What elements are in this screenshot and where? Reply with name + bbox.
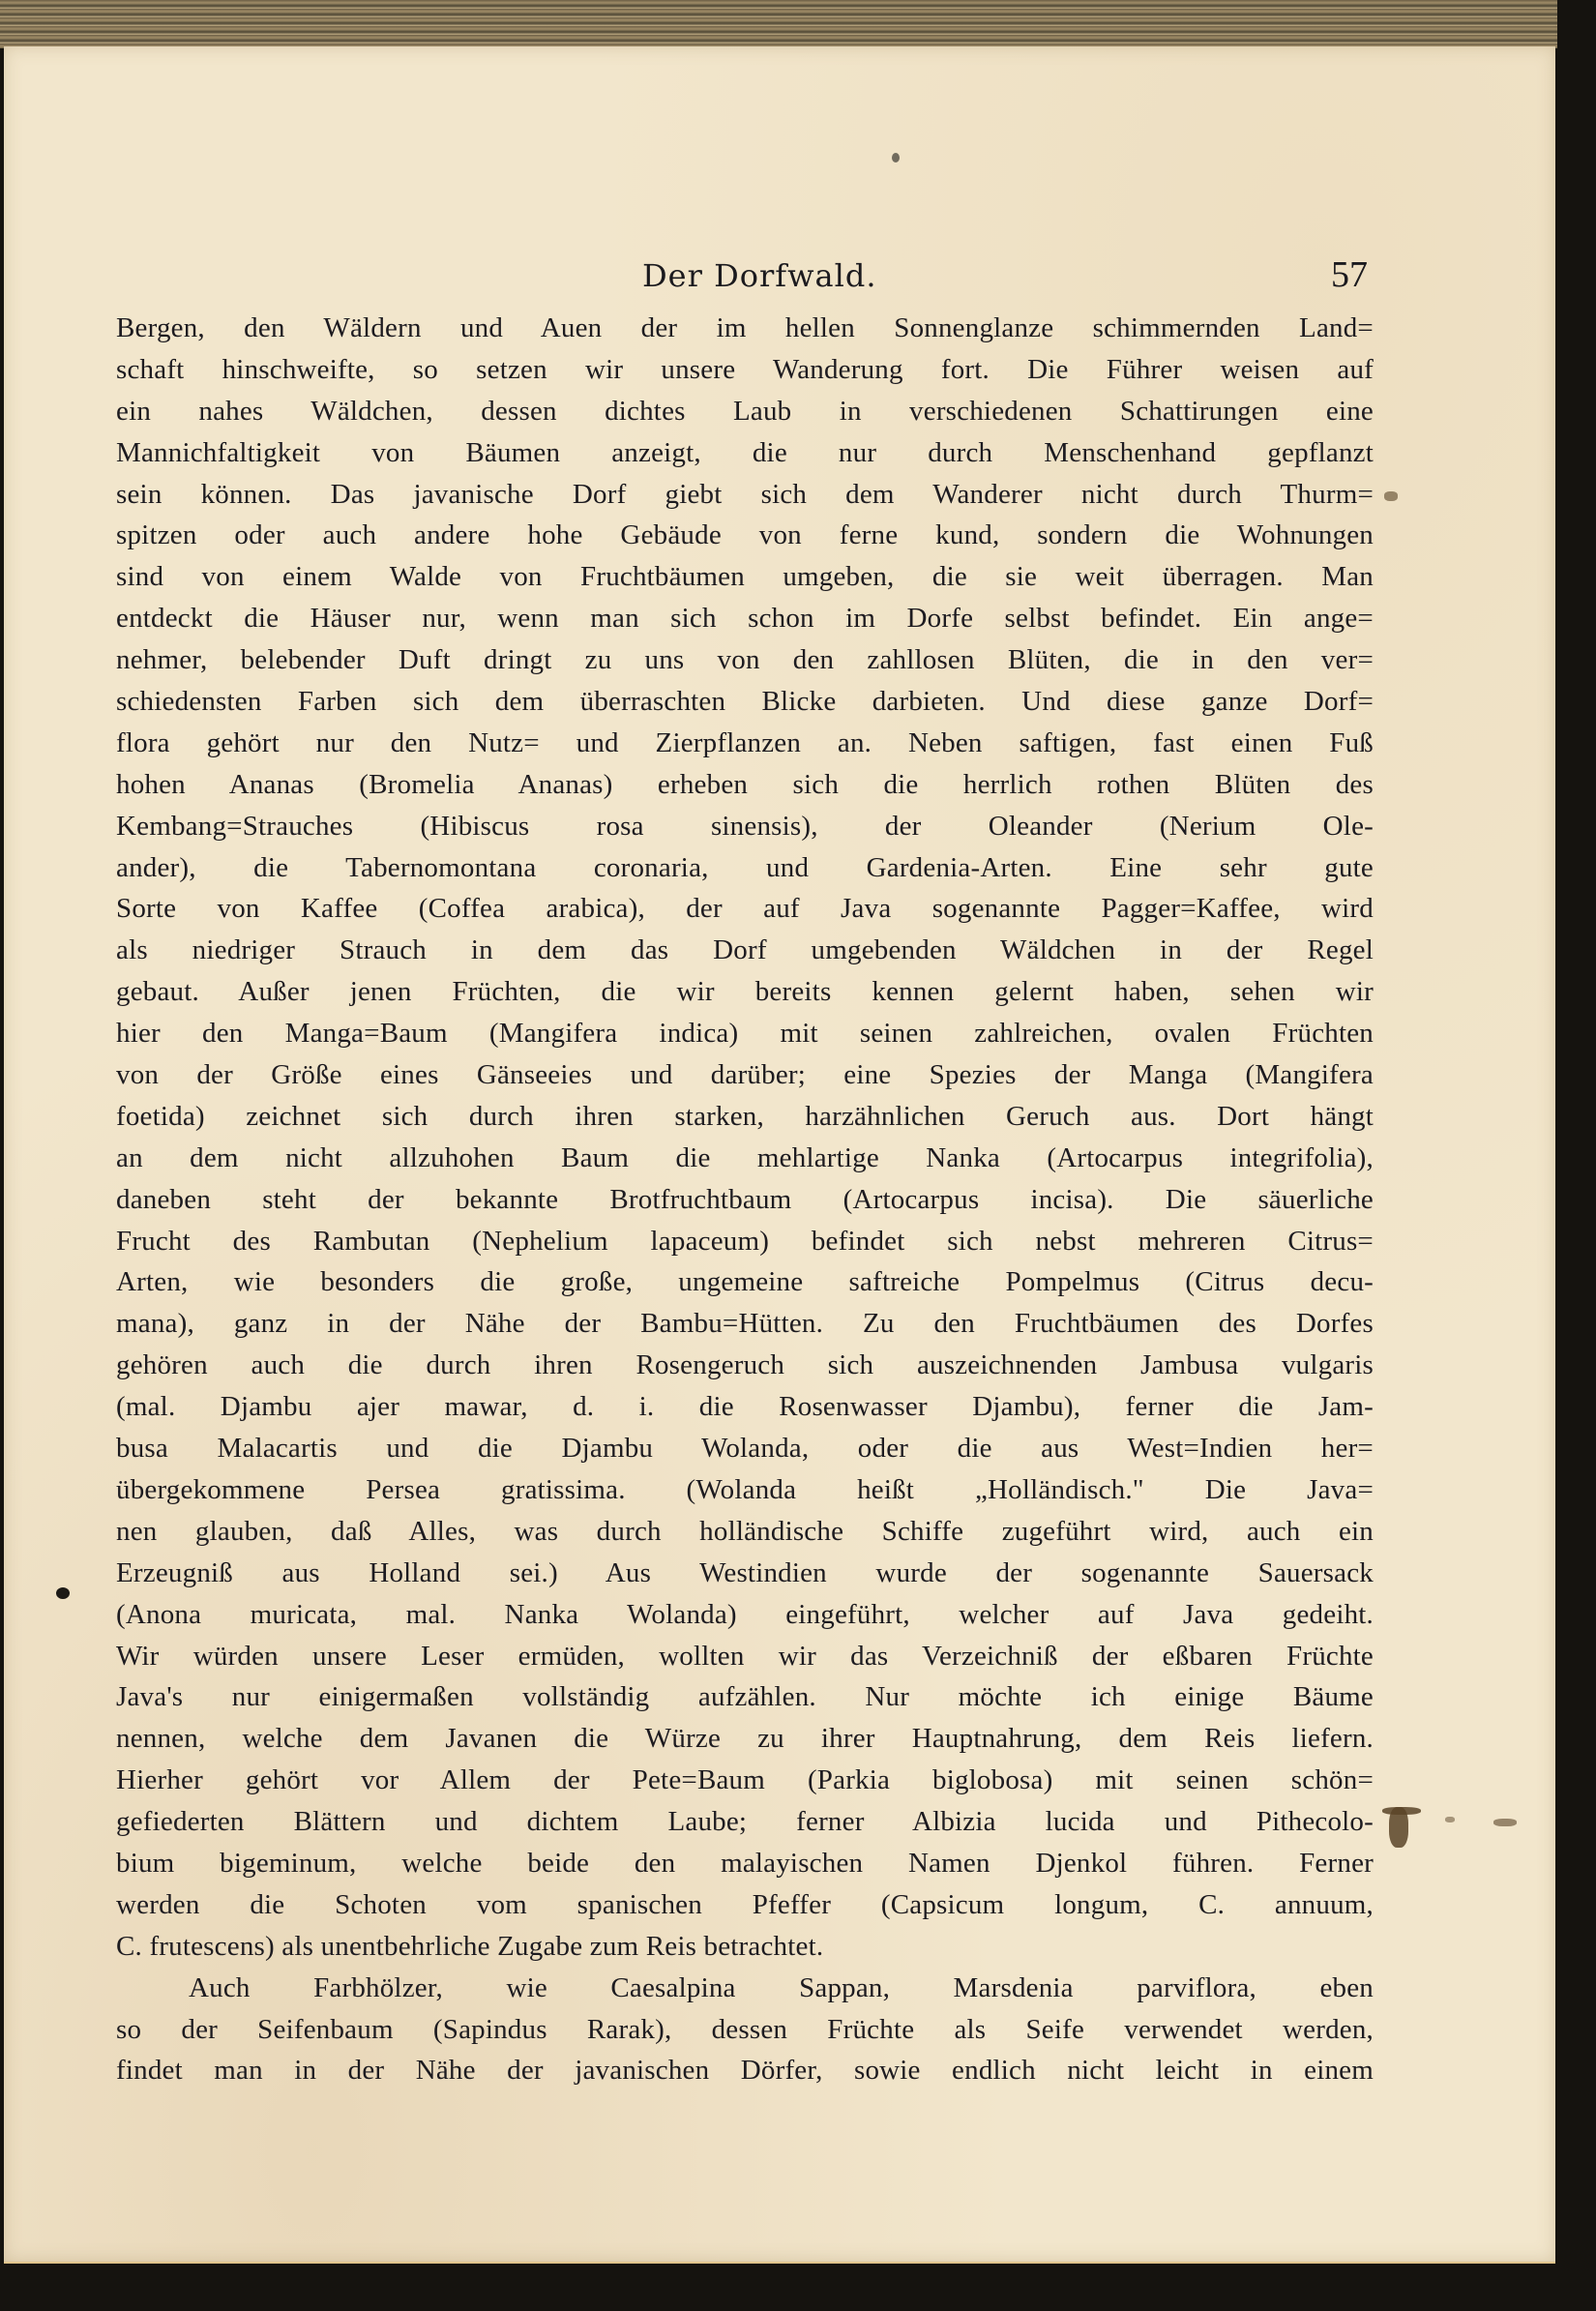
text-line: sind von einem Walde von Fruchtbäumen um…: [116, 556, 1374, 598]
text-line: Bergen, den Wäldern und Auen der im hell…: [116, 308, 1374, 349]
text-line: mana), ganz in der Nähe der Bambu=Hütten…: [116, 1303, 1374, 1345]
text-line: Sorte von Kaffee (Coffea arabica), der a…: [116, 888, 1374, 930]
page-stack-edge: [0, 0, 1557, 48]
text-line: spitzen oder auch andere hohe Gebäude vo…: [116, 515, 1374, 556]
text-line-paragraph-start: Auch Farbhölzer, wie Caesalpina Sappan, …: [116, 1968, 1374, 2009]
text-line: als niedriger Strauch in dem das Dorf um…: [116, 930, 1374, 971]
text-line: Arten, wie besonders die große, ungemein…: [116, 1261, 1374, 1303]
text-line: werden die Schoten vom spanischen Pfeffe…: [116, 1884, 1374, 1926]
text-line: ein nahes Wäldchen, dessen dichtes Laub …: [116, 391, 1374, 432]
text-line: ander), die Tabernomontana coronaria, un…: [116, 847, 1374, 889]
body-text: Bergen, den Wäldern und Auen der im hell…: [116, 308, 1374, 2091]
text-line: Hierher gehört vor Allem der Pete=Baum (…: [116, 1760, 1374, 1801]
text-line: Frucht des Rambutan (Nephelium lapaceum)…: [116, 1221, 1374, 1262]
page-number: 57: [1331, 253, 1368, 296]
text-line: sein können. Das javanische Dorf giebt s…: [116, 474, 1374, 516]
text-line: Kembang=Strauches (Hibiscus rosa sinensi…: [116, 806, 1374, 847]
text-line: daneben steht der bekannte Brotfruchtbau…: [116, 1179, 1374, 1221]
text-line: Java's nur einigermaßen vollständig aufz…: [116, 1676, 1374, 1718]
text-line: foetida) zeichnet sich durch ihren stark…: [116, 1096, 1374, 1138]
ink-stain-speck: [1493, 1819, 1517, 1826]
text-line: Mannichfaltigkeit von Bäumen anzeigt, di…: [116, 432, 1374, 474]
text-line: gebaut. Außer jenen Früchten, die wir be…: [116, 971, 1374, 1013]
running-head: Der Dorfwald.: [642, 257, 876, 294]
text-line: übergekommene Persea gratissima. (Woland…: [116, 1469, 1374, 1511]
ink-stain-speck: [1445, 1817, 1455, 1822]
text-line: hier den Manga=Baum (Mangifera indica) m…: [116, 1013, 1374, 1054]
text-line: (Anona muricata, mal. Nanka Wolanda) ein…: [116, 1594, 1374, 1636]
text-line: gehören auch die durch ihren Rosengeruch…: [116, 1345, 1374, 1386]
text-line: nen glauben, daß Alles, was durch hollän…: [116, 1511, 1374, 1553]
text-line: nehmer, belebender Duft dringt zu uns vo…: [116, 639, 1374, 681]
text-line: flora gehört nur den Nutz= und Zierpflan…: [116, 723, 1374, 764]
text-line: Erzeugniß aus Holland sei.) Aus Westindi…: [116, 1553, 1374, 1594]
ink-stain-mark: [1382, 1807, 1421, 1815]
text-line: an dem nicht allzuhohen Baum die mehlart…: [116, 1138, 1374, 1179]
text-line: nennen, welche dem Javanen die Würze zu …: [116, 1718, 1374, 1760]
text-line: Wir würden unsere Leser ermüden, wollten…: [116, 1636, 1374, 1677]
text-line: schaft hinschweifte, so setzen wir unser…: [116, 349, 1374, 391]
text-line: von der Größe eines Gänseeies und darübe…: [116, 1054, 1374, 1096]
text-line: findet man in der Nähe der javanischen D…: [116, 2050, 1374, 2091]
book-page: Der Dorfwald. 57 Bergen, den Wäldern und…: [4, 46, 1555, 2264]
ink-dot: [56, 1587, 70, 1599]
text-line: hohen Ananas (Bromelia Ananas) erheben s…: [116, 764, 1374, 806]
text-line: bium bigeminum, welche beide den malayis…: [116, 1843, 1374, 1884]
text-line: entdeckt die Häuser nur, wenn man sich s…: [116, 598, 1374, 639]
text-line: (mal. Djambu ajer mawar, d. i. die Rosen…: [116, 1386, 1374, 1428]
text-line: gefiederten Blättern und dichtem Laube; …: [116, 1801, 1374, 1843]
text-line: busa Malacartis und die Djambu Wolanda, …: [116, 1428, 1374, 1469]
text-line: schiedensten Farben sich dem überraschte…: [116, 681, 1374, 723]
text-line-paragraph-end: C. frutescens) als unentbehrliche Zugabe…: [116, 1926, 1374, 1968]
ink-dot: [892, 153, 900, 163]
text-line: so der Seifenbaum (Sapindus Rarak), dess…: [116, 2009, 1374, 2051]
ink-stain-speck: [1384, 491, 1398, 501]
